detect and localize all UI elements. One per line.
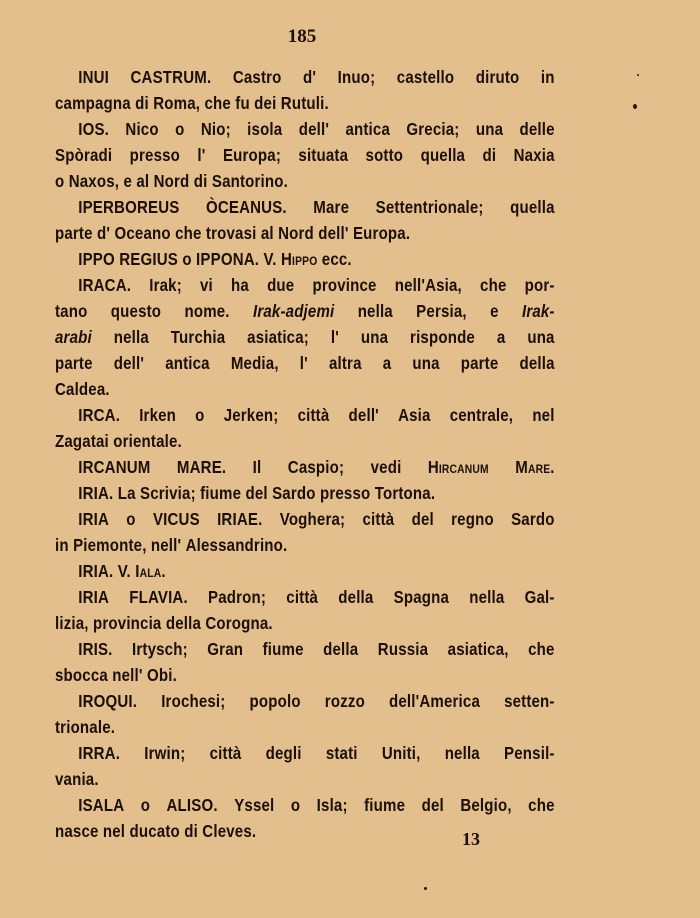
word: una — [361, 324, 388, 350]
word: parte — [55, 350, 93, 376]
word: Alessandrino. — [186, 532, 288, 558]
word: trovasi — [206, 220, 257, 246]
word: nella — [445, 740, 480, 766]
word: Spòradi — [55, 142, 112, 168]
word: Naxia — [514, 142, 555, 168]
word: e — [490, 298, 499, 324]
word: V. — [118, 558, 131, 584]
word: Mare. — [515, 454, 554, 480]
word: che — [480, 272, 506, 298]
text-line: IOS.NicooNio;isoladell'anticaGrecia;unad… — [55, 116, 555, 142]
word: Belgio, — [460, 792, 511, 818]
word: nella — [114, 324, 149, 350]
word: o — [175, 116, 184, 142]
text-line: IRACA.Irak;vihadueprovincenell'Asia,chep… — [55, 272, 555, 298]
word: asiatica, — [448, 636, 509, 662]
word: che — [528, 792, 554, 818]
word: nel — [532, 402, 554, 428]
word: Media, — [231, 350, 279, 376]
text-line: INUICASTRUM.Castrod'Inuo;castellodirutoi… — [55, 64, 555, 90]
word: città — [210, 740, 242, 766]
word: ducato — [130, 818, 180, 844]
word: l' — [197, 142, 205, 168]
word: trionale. — [55, 714, 115, 740]
word: della — [323, 636, 358, 662]
text-line: partedell'anticaMedia,l'altraaunapartede… — [55, 350, 555, 376]
word: IRCANUM — [78, 454, 150, 480]
word: dell'America — [389, 688, 480, 714]
word: Europa. — [353, 220, 410, 246]
word: d' — [303, 64, 316, 90]
word: La — [118, 480, 136, 506]
word: dell' — [318, 220, 348, 246]
word: Naxos, — [69, 168, 119, 194]
word: ISALA — [78, 792, 124, 818]
word: fiume — [364, 792, 405, 818]
text-line: trionale. — [55, 714, 555, 740]
word: Irak- — [522, 298, 555, 324]
word: IRIA — [78, 584, 109, 610]
word: orientale. — [113, 428, 182, 454]
word: Irochesi; — [161, 688, 225, 714]
signature-mark: 13 — [462, 829, 480, 850]
word: Caspio; — [288, 454, 344, 480]
word: fiume — [200, 480, 241, 506]
word: della — [519, 350, 554, 376]
word: dell' — [299, 116, 329, 142]
word: Caldea. — [55, 376, 110, 402]
word: IPERBOREUS — [78, 194, 179, 220]
text-line: campagna di Roma, che fu dei Rutuli. — [55, 90, 555, 116]
word: al — [136, 168, 149, 194]
word: IRRA. — [78, 740, 120, 766]
word: dell' — [349, 402, 379, 428]
word: nell' — [151, 532, 181, 558]
word: Padron; — [208, 584, 266, 610]
page-number: 185 — [0, 26, 604, 48]
word: ecc. — [322, 246, 352, 272]
word: INUI — [78, 64, 109, 90]
word: Nord — [154, 168, 190, 194]
word: Irtysch; — [132, 636, 188, 662]
word: l' — [331, 324, 339, 350]
word: nel — [103, 818, 125, 844]
text-line: o Naxos, e al Nord di Santorino. — [55, 168, 555, 194]
word: tano — [55, 298, 87, 324]
word: Pensil- — [504, 740, 555, 766]
word: Nico — [125, 116, 158, 142]
word: Scrivia; — [140, 480, 196, 506]
text-line: IRIA. La Scrivia; fiume del Sardo presso… — [55, 480, 555, 506]
word: antica — [345, 116, 390, 142]
word: città — [363, 506, 395, 532]
word: o — [195, 402, 204, 428]
word: in — [55, 532, 69, 558]
word: Mare — [313, 194, 349, 220]
word: una — [412, 350, 439, 376]
word: Hippo — [281, 246, 317, 272]
word: città — [298, 402, 330, 428]
word: dei — [254, 90, 276, 116]
word: FLAVIA. — [129, 584, 188, 610]
word: asiatica; — [247, 324, 309, 350]
word: Irken — [139, 402, 176, 428]
word: Castro — [233, 64, 282, 90]
word: due — [267, 272, 294, 298]
word: Hircanum — [428, 454, 489, 480]
word: ha — [231, 272, 249, 298]
word: Irak; — [149, 272, 182, 298]
ink-speck — [637, 74, 639, 76]
word: Il — [253, 454, 262, 480]
word: Inuo; — [338, 64, 376, 90]
word: IRIS. — [78, 636, 112, 662]
word: del — [422, 792, 444, 818]
word: che — [175, 220, 201, 246]
word: a — [497, 324, 506, 350]
word: parte — [55, 220, 93, 246]
word: una — [527, 324, 554, 350]
word: IRCA. — [78, 402, 120, 428]
word: Uniti, — [382, 740, 421, 766]
word: d' — [97, 220, 110, 246]
word: del — [245, 480, 267, 506]
word: sbocca — [55, 662, 108, 688]
word: Iala. — [135, 558, 165, 584]
word: di — [184, 818, 198, 844]
word: IROQUI. — [78, 688, 137, 714]
word: di — [194, 168, 208, 194]
word: altra — [329, 350, 362, 376]
text-line: lizia, provincia della Corogna. — [55, 610, 555, 636]
word: Turchia — [171, 324, 225, 350]
word: quella — [510, 194, 555, 220]
word: isola — [247, 116, 282, 142]
word: Roma, — [153, 90, 200, 116]
text-line: Zagatai orientale. — [55, 428, 555, 454]
word: CASTRUM. — [131, 64, 212, 90]
word: antica — [165, 350, 210, 376]
ink-speck — [633, 104, 637, 109]
word: rozzo — [325, 688, 365, 714]
word: Grecia; — [406, 116, 459, 142]
word: Oceano — [115, 220, 171, 246]
word: campagna — [55, 90, 131, 116]
word: o — [291, 792, 300, 818]
word: nella — [358, 298, 393, 324]
word: quella — [421, 142, 466, 168]
word: nella — [469, 584, 504, 610]
text-line: in Piemonte, nell' Alessandrino. — [55, 532, 555, 558]
word: Jerken; — [224, 402, 279, 428]
word: ÒCEANUS. — [206, 194, 287, 220]
word: Asia — [398, 402, 430, 428]
word: provincia — [93, 610, 161, 636]
word: Settentrionale; — [376, 194, 484, 220]
word: IRIA. — [78, 480, 113, 506]
word: Nord — [278, 220, 314, 246]
word: questo — [111, 298, 161, 324]
text-line: vania. — [55, 766, 555, 792]
word: presso — [130, 142, 180, 168]
text-line: ISALAoALISO.YsseloIsla;fiumedelBelgio,ch… — [55, 792, 555, 818]
text-line: parte d' Oceano che trovasi al Nord dell… — [55, 220, 555, 246]
word: setten- — [504, 688, 555, 714]
word: Gal- — [525, 584, 555, 610]
text-line: IRIAoVICUSIRIAE.Voghera;cittàdelregnoSar… — [55, 506, 555, 532]
word: Sardo — [511, 506, 555, 532]
word: nome. — [184, 298, 229, 324]
word: lizia, — [55, 610, 89, 636]
word: Gran — [207, 636, 243, 662]
word: IRIA — [78, 506, 109, 532]
word: presso — [320, 480, 370, 506]
word: o — [141, 792, 150, 818]
word: città — [286, 584, 318, 610]
word: regno — [451, 506, 494, 532]
word: Zagatai — [55, 428, 109, 454]
word: nell'Asia, — [395, 272, 462, 298]
text-line: IRIA. V. Iala. — [55, 558, 555, 584]
word: o — [182, 246, 191, 272]
word: V. — [263, 246, 276, 272]
word: dell' — [114, 350, 144, 376]
word: o — [126, 506, 135, 532]
word: degli — [266, 740, 302, 766]
word: sotto — [366, 142, 404, 168]
text-line: IRIAFLAVIA.Padron;cittàdellaSpagnanellaG… — [55, 584, 555, 610]
word: Cleves. — [202, 818, 256, 844]
ink-speck — [424, 887, 427, 890]
word: IPPO — [78, 246, 115, 272]
word: nell' — [112, 662, 142, 688]
word: Voghera; — [280, 506, 345, 532]
word: Persia, — [416, 298, 467, 324]
word: diruto — [476, 64, 520, 90]
word: por- — [525, 272, 555, 298]
word: Obi. — [147, 662, 177, 688]
word: fu — [235, 90, 250, 116]
word: di — [135, 90, 149, 116]
word: Tortona. — [375, 480, 435, 506]
word: Yssel — [234, 792, 274, 818]
word: vania. — [55, 766, 99, 792]
word: del — [412, 506, 434, 532]
word: al — [261, 220, 274, 246]
word: che — [204, 90, 230, 116]
text-line: IRCA.IrkenoJerken;cittàdell'Asiacentrale… — [55, 402, 555, 428]
word: MARE. — [177, 454, 226, 480]
word: una — [476, 116, 503, 142]
word: e — [123, 168, 132, 194]
word: ALISO. — [167, 792, 218, 818]
word: centrale, — [450, 402, 513, 428]
word: VICUS — [153, 506, 200, 532]
word: delle — [519, 116, 554, 142]
word: vi — [200, 272, 213, 298]
word: risponde — [410, 324, 475, 350]
word: REGIUS — [119, 246, 178, 272]
text-line: IPPO REGIUS o IPPONA. V. Hippo ecc. — [55, 246, 555, 272]
word: popolo — [250, 688, 301, 714]
word: Rutuli. — [281, 90, 329, 116]
text-line: IRIS.Irtysch;GranfiumedellaRussiaasiatic… — [55, 636, 555, 662]
word: IPPONA. — [196, 246, 259, 272]
word: vedi — [371, 454, 402, 480]
text-line: IROQUI.Irochesi;popolorozzodell'Americas… — [55, 688, 555, 714]
word: IRACA. — [78, 272, 131, 298]
text-line: IRCANUMMARE.IlCaspio;vediHircanumMare. — [55, 454, 555, 480]
text-line: arabinellaTurchiaasiatica;l'unarispondea… — [55, 324, 555, 350]
word: della — [166, 610, 201, 636]
word: Spagna — [394, 584, 449, 610]
word: Santorino. — [212, 168, 288, 194]
text-line: Spòradipressol'Europa;situatasottoquella… — [55, 142, 555, 168]
word: stati — [326, 740, 358, 766]
word: Corogna. — [205, 610, 272, 636]
text-line: tanoquestonome.Irak-adjeminellaPersia,eI… — [55, 298, 555, 324]
text-line: sbocca nell' Obi. — [55, 662, 555, 688]
text-line: IPERBOREUSÒCEANUS.MareSettentrionale;que… — [55, 194, 555, 220]
word: di — [483, 142, 497, 168]
word: nasce — [55, 818, 99, 844]
word: a — [383, 350, 392, 376]
text-line: Caldea. — [55, 376, 555, 402]
word: province — [312, 272, 376, 298]
word: in — [541, 64, 555, 90]
word: l' — [300, 350, 308, 376]
word: della — [338, 584, 373, 610]
word: che — [528, 636, 554, 662]
word: Piemonte, — [73, 532, 146, 558]
word: IOS. — [78, 116, 109, 142]
word: o — [55, 168, 64, 194]
word: IRIA. — [78, 558, 113, 584]
word: Isla; — [317, 792, 348, 818]
word: IRIAE. — [217, 506, 262, 532]
word: Europa; — [223, 142, 281, 168]
word: fiume — [263, 636, 304, 662]
word: castello — [397, 64, 454, 90]
word: Russia — [378, 636, 428, 662]
word: Irak-adjemi — [253, 298, 334, 324]
text-line: IRRA.Irwin;cittàdeglistatiUniti,nellaPen… — [55, 740, 555, 766]
word: Sardo — [272, 480, 316, 506]
word: Nio; — [201, 116, 231, 142]
word: situata — [298, 142, 348, 168]
dictionary-text-column: INUICASTRUM.Castrod'Inuo;castellodirutoi… — [55, 64, 555, 844]
word: Irwin; — [144, 740, 185, 766]
word: parte — [461, 350, 499, 376]
word: arabi — [55, 324, 92, 350]
